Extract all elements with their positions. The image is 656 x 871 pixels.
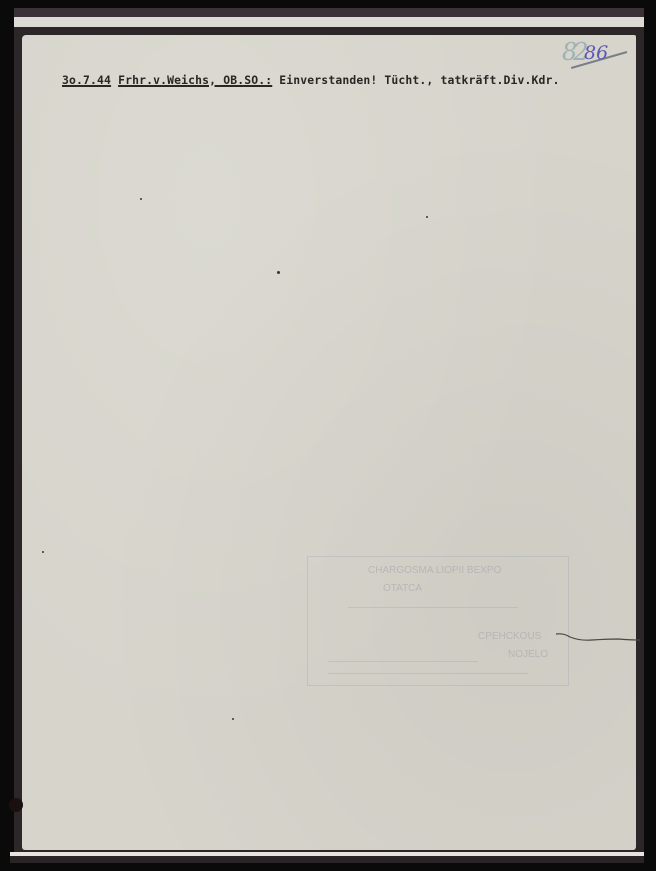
faded-archive-stamp: CHARGOSMA LIOPII BEXPO OTATCA CPEHCKOUS … <box>307 556 569 686</box>
speck <box>277 271 280 274</box>
scan-light-strip-top <box>14 17 644 27</box>
speck <box>426 216 428 218</box>
speck <box>42 551 44 553</box>
stamp-rule <box>348 607 518 608</box>
stamp-rule <box>328 673 528 674</box>
document-page <box>22 35 636 850</box>
stamp-line-2: OTATCA <box>383 583 422 594</box>
page-number-struck: 82 <box>562 38 585 66</box>
annotation-remark: Einverstanden! Tücht., tatkräft.Div.Kdr. <box>279 73 559 87</box>
typed-annotation: 3o.7.44 Frhr.v.Weichs, OB.SO.: Einversta… <box>62 73 560 87</box>
stamp-line-3: CPEHCKOUS <box>478 631 541 642</box>
paper-crack <box>556 632 640 644</box>
stamp-line-1: CHARGOSMA LIOPII BEXPO <box>368 565 501 576</box>
punch-hole <box>9 798 23 812</box>
speck <box>232 718 234 720</box>
page-number-current: 86 <box>584 42 608 64</box>
scan-border-bottom <box>10 856 644 863</box>
page-number: 82 86 <box>562 38 632 72</box>
speck <box>140 198 142 200</box>
stamp-line-4: NOJELO <box>508 649 548 660</box>
annotation-date: 3o.7.44 <box>62 73 111 87</box>
stamp-rule <box>328 661 478 662</box>
annotation-author: Frhr.v.Weichs, OB.SO.: <box>118 73 272 87</box>
